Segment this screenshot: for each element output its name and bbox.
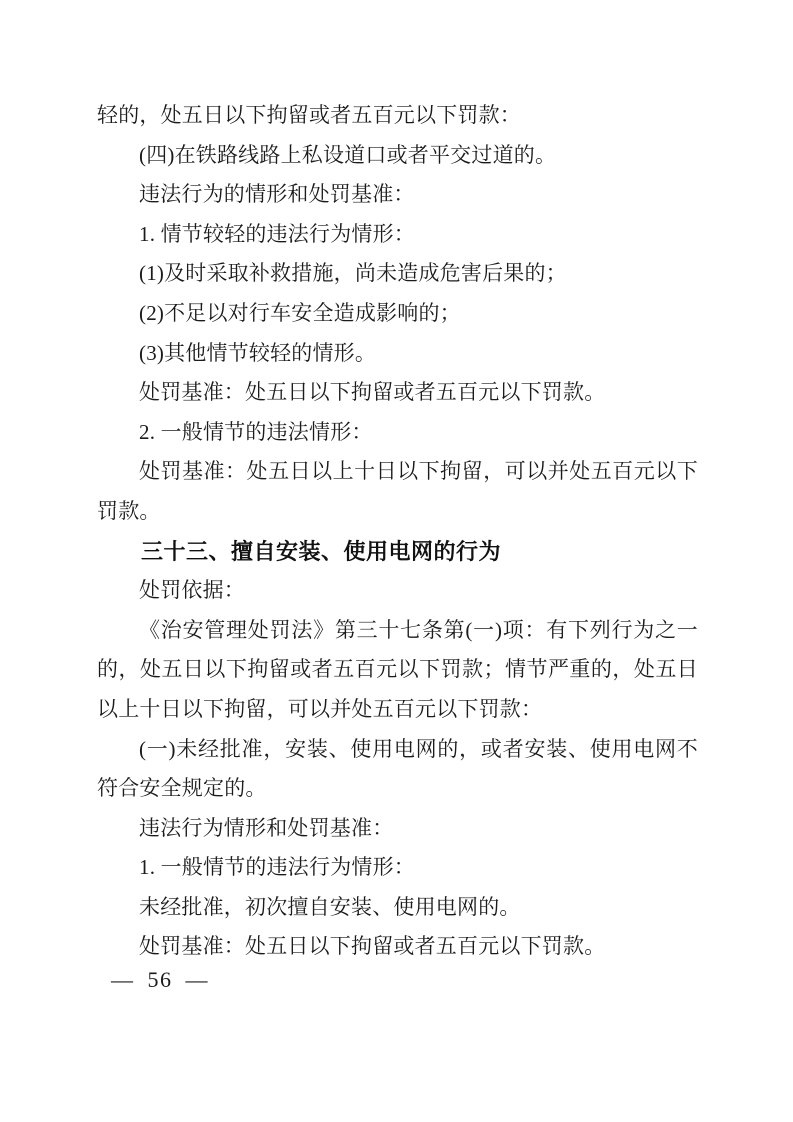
text-block: 轻的，处五日以下拘留或者五百元以下罚款： (四)在铁路线路上私设道口或者平交过道… bbox=[97, 96, 698, 967]
paragraph: 《治安管理处罚法》第三十七条第(一)项：有下列行为之一的，处五日以下拘留或者五百… bbox=[97, 611, 698, 730]
document-page: 轻的，处五日以下拘留或者五百元以下罚款： (四)在铁路线路上私设道口或者平交过道… bbox=[0, 0, 793, 1122]
paragraph: (2)不足以对行车安全造成影响的； bbox=[97, 294, 698, 334]
paragraph: 1. 情节较轻的违法行为情形： bbox=[97, 215, 698, 255]
paragraph: 处罚基准：处五日以下拘留或者五百元以下罚款。 bbox=[97, 373, 698, 413]
paragraph: 违法行为的情形和处罚基准： bbox=[97, 175, 698, 215]
paragraph: 1. 一般情节的违法行为情形： bbox=[97, 848, 698, 888]
section-heading: 三十三、擅自安装、使用电网的行为 bbox=[97, 532, 698, 572]
paragraph: (四)在铁路线路上私设道口或者平交过道的。 bbox=[97, 136, 698, 176]
paragraph: 未经批准，初次擅自安装、使用电网的。 bbox=[97, 888, 698, 928]
paragraph: (3)其他情节较轻的情形。 bbox=[97, 334, 698, 374]
paragraph: 轻的，处五日以下拘留或者五百元以下罚款： bbox=[97, 96, 698, 136]
paragraph: (一)未经批准，安装、使用电网的，或者安装、使用电网不符合安全规定的。 bbox=[97, 730, 698, 809]
paragraph: 2. 一般情节的违法情形： bbox=[97, 413, 698, 453]
paragraph: 违法行为情形和处罚基准： bbox=[97, 809, 698, 849]
page-number: — 56 — bbox=[111, 966, 209, 994]
paragraph: 处罚基准：处五日以上十日以下拘留，可以并处五百元以下罚款。 bbox=[97, 452, 698, 531]
paragraph: 处罚依据： bbox=[97, 571, 698, 611]
paragraph: (1)及时采取补救措施，尚未造成危害后果的； bbox=[97, 254, 698, 294]
paragraph: 处罚基准：处五日以下拘留或者五百元以下罚款。 bbox=[97, 927, 698, 967]
